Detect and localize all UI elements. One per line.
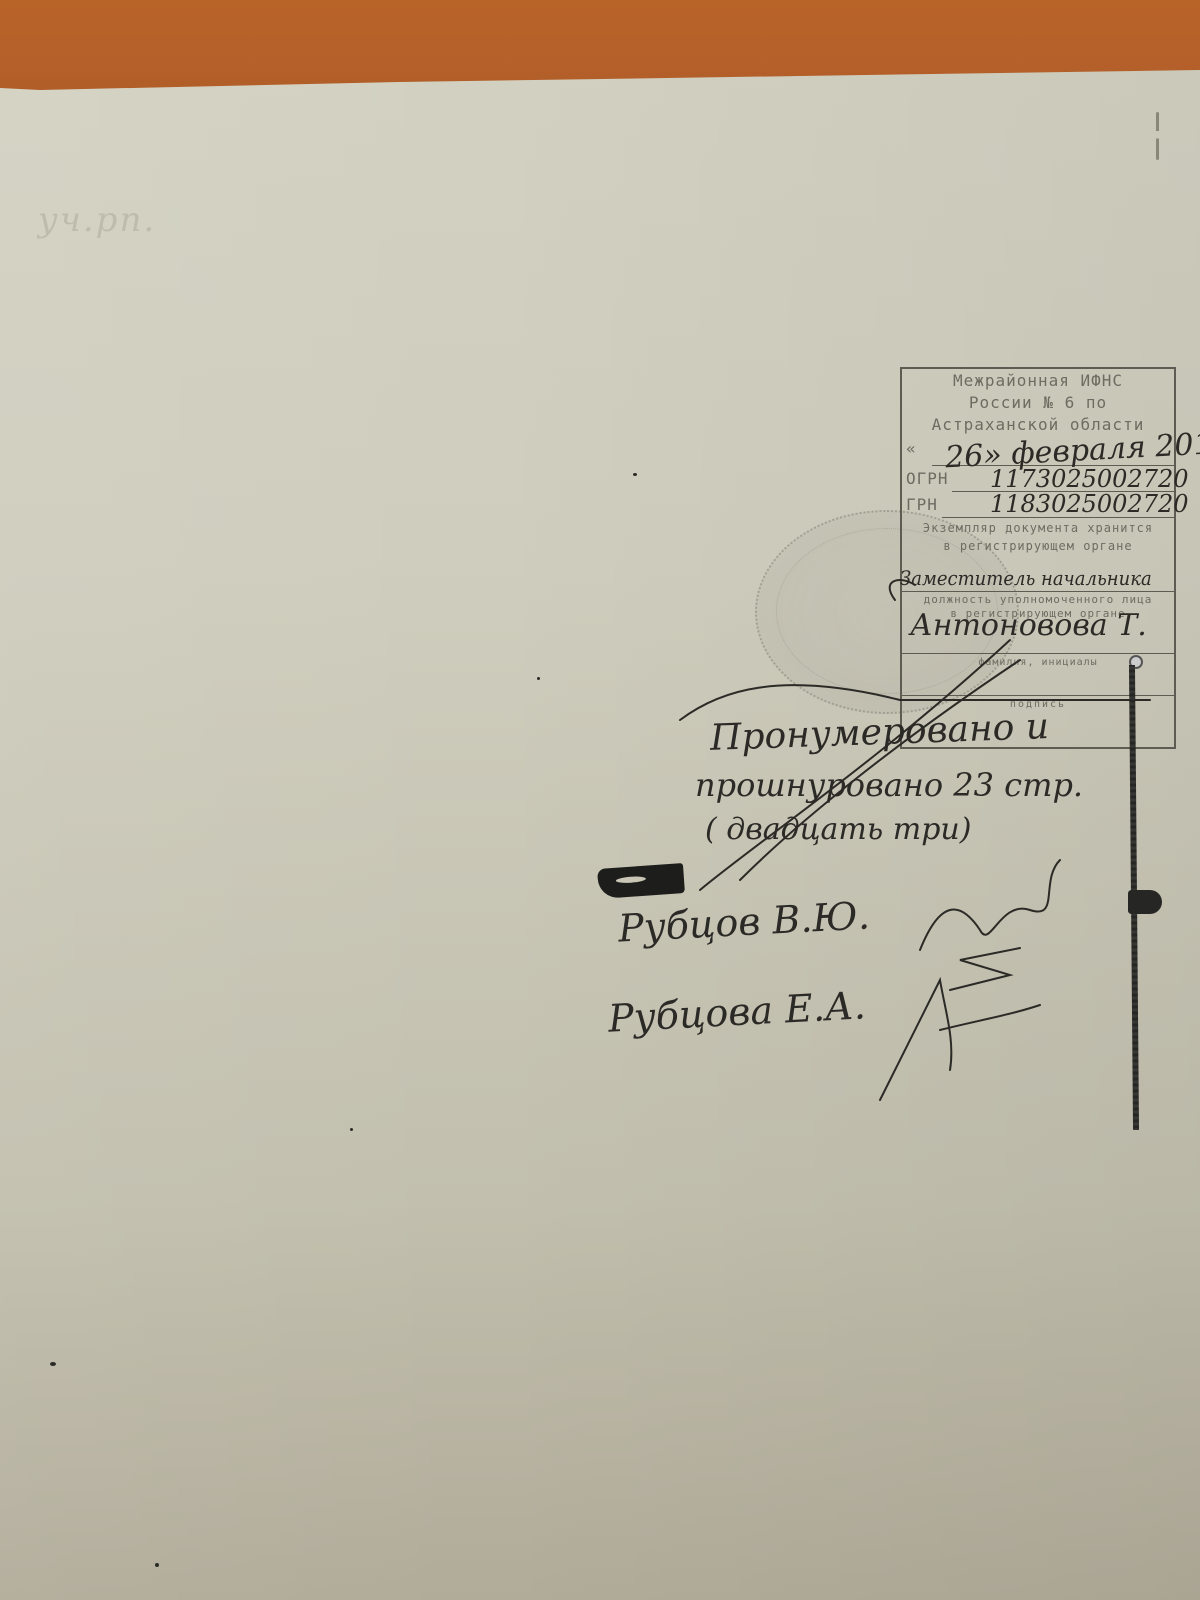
paper-speck <box>350 1128 353 1131</box>
date-day: 26 <box>944 438 984 475</box>
certification-line2: прошнуровано 23 стр. <box>695 766 1083 804</box>
stamp-name-rule <box>902 653 1174 654</box>
stamp-handwritten-name: Антоновова Т. <box>910 608 1147 643</box>
stamp-ogrn-value: 1173025002720 <box>990 465 1189 493</box>
certification-line3: ( двадцать три) <box>705 812 971 847</box>
stamp-keep-line2: в регистрирующем органе <box>908 539 1168 553</box>
stamp-position-caption1: должность уполномоченного лица <box>908 593 1168 606</box>
stamp-handwritten-position: Заместитель начальника <box>900 566 1152 590</box>
faint-pencil-note: уч.рп. <box>38 200 156 240</box>
paper-speck <box>537 677 540 680</box>
paper-speck <box>155 1563 159 1567</box>
stamp-authority-line1: Межрайонная ИФНС <box>908 371 1168 390</box>
stamp-authority-line2: России № 6 по <box>908 393 1168 412</box>
staple-hole-icon <box>1156 112 1159 160</box>
paper-speck <box>633 473 637 476</box>
stamp-position-rule <box>902 591 1174 592</box>
paper-speck <box>50 1362 56 1366</box>
stamp-grn-value: 1183025002720 <box>990 490 1189 518</box>
ink-seal-blob <box>597 863 685 899</box>
stamp-keep-line1: Экземпляр документа хранится <box>908 521 1168 535</box>
binding-paper-seal <box>1128 890 1162 914</box>
